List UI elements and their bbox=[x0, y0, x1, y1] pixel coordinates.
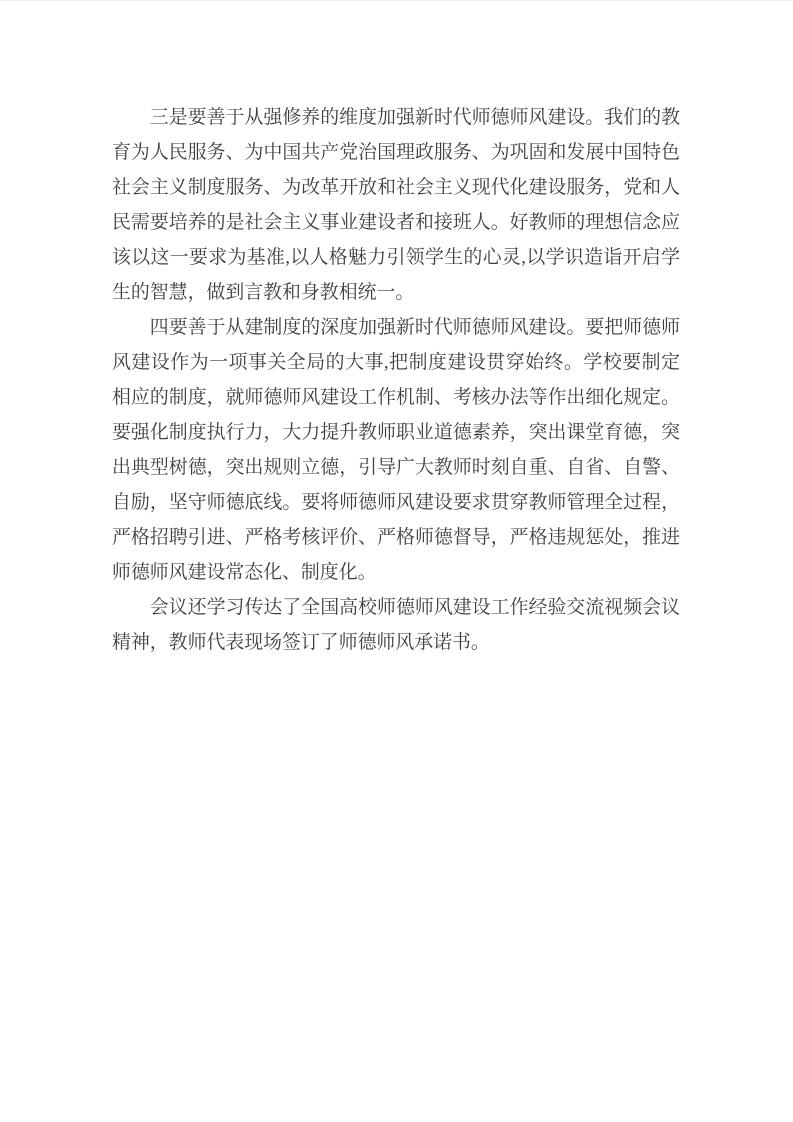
document-page: 三是要善于从强修养的维度加强新时代师德师风建设。我们的教育为人民服务、为中国共产… bbox=[0, 0, 793, 1122]
paragraph-fourth-point: 四要善于从建制度的深度加强新时代师德师风建设。要把师德师风建设作为一项事关全局的… bbox=[112, 310, 680, 590]
paragraph-meeting-closing: 会议还学习传达了全国高校师德师风建设工作经验交流视频会议精神，教师代表现场签订了… bbox=[112, 590, 680, 660]
paragraph-third-point: 三是要善于从强修养的维度加强新时代师德师风建设。我们的教育为人民服务、为中国共产… bbox=[112, 100, 680, 310]
